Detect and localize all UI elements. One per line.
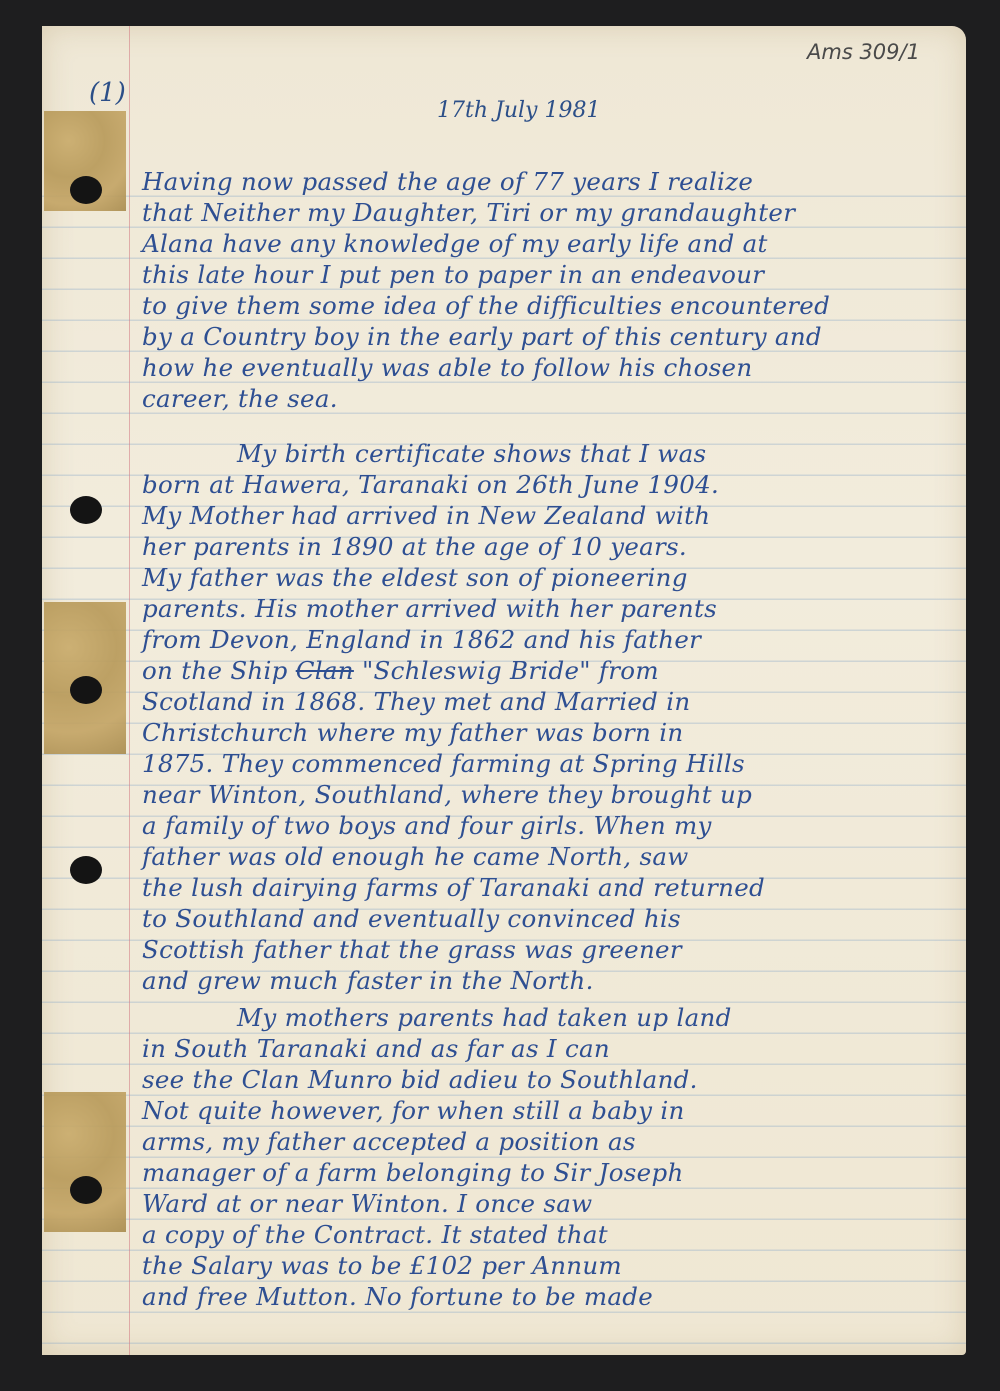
text-line: to Southland and eventually convinced hi… xyxy=(142,903,948,934)
date-heading: 17th July 1981 xyxy=(437,98,600,123)
text-line: that Neither my Daughter, Tiri or my gra… xyxy=(142,197,948,228)
text-line: see the Clan Munro bid adieu to Southlan… xyxy=(142,1064,948,1095)
text-line: Not quite however, for when still a baby… xyxy=(142,1095,948,1126)
text-line: 1875. They commenced farming at Spring H… xyxy=(142,748,948,779)
text-line: father was old enough he came North, saw xyxy=(142,841,948,872)
punch-hole-2 xyxy=(70,496,102,524)
paragraph-1: Having now passed the age of 77 years I … xyxy=(142,166,948,414)
text-line: the Salary was to be £102 per Annum xyxy=(142,1250,948,1281)
text-line: Ward at or near Winton. I once saw xyxy=(142,1188,948,1219)
text-line: this late hour I put pen to paper in an … xyxy=(142,259,948,290)
catalog-number: Ams 309/1 xyxy=(807,40,920,64)
text-line: Christchurch where my father was born in xyxy=(142,717,948,748)
text-line: by a Country boy in the early part of th… xyxy=(142,321,948,352)
text-line: in South Taranaki and as far as I can xyxy=(142,1033,948,1064)
text-line: on the Ship Clan "Schleswig Bride" from xyxy=(142,655,948,686)
struck-word: Clan xyxy=(296,656,354,685)
text-line: Alana have any knowledge of my early lif… xyxy=(142,228,948,259)
page-number: (1) xyxy=(89,78,126,108)
punch-hole-1 xyxy=(70,176,102,204)
punch-hole-3 xyxy=(70,676,102,704)
text-line: Scottish father that the grass was green… xyxy=(142,934,948,965)
text-line: arms, my father accepted a position as xyxy=(142,1126,948,1157)
tape-strip-bottom xyxy=(44,1092,126,1232)
text-line: from Devon, England in 1862 and his fath… xyxy=(142,624,948,655)
text-line: to give them some idea of the difficulti… xyxy=(142,290,948,321)
text-segment: on the Ship xyxy=(142,656,288,685)
text-line: Scotland in 1868. They met and Married i… xyxy=(142,686,948,717)
text-line: a family of two boys and four girls. Whe… xyxy=(142,810,948,841)
manuscript-page: Ams 309/1 (1) 17th July 1981 Having now … xyxy=(42,26,966,1355)
text-line: career, the sea. xyxy=(142,383,948,414)
punch-hole-4 xyxy=(70,856,102,884)
text-line: near Winton, Southland, where they broug… xyxy=(142,779,948,810)
paragraph-3: My mothers parents had taken up land in … xyxy=(142,1002,948,1312)
text-line: manager of a farm belonging to Sir Josep… xyxy=(142,1157,948,1188)
punch-hole-5 xyxy=(70,1176,102,1204)
text-line: her parents in 1890 at the age of 10 yea… xyxy=(142,531,948,562)
text-line: My mothers parents had taken up land xyxy=(142,1002,948,1033)
text-line: born at Hawera, Taranaki on 26th June 19… xyxy=(142,469,948,500)
text-line: Having now passed the age of 77 years I … xyxy=(142,166,948,197)
text-segment: "Schleswig Bride" from xyxy=(362,656,659,685)
paragraph-2: My birth certificate shows that I was bo… xyxy=(142,438,948,996)
text-line: how he eventually was able to follow his… xyxy=(142,352,948,383)
text-line: a copy of the Contract. It stated that xyxy=(142,1219,948,1250)
text-line: My father was the eldest son of pioneeri… xyxy=(142,562,948,593)
text-line: My Mother had arrived in New Zealand wit… xyxy=(142,500,948,531)
text-line: and free Mutton. No fortune to be made xyxy=(142,1281,948,1312)
margin-line xyxy=(129,26,130,1355)
text-line: and grew much faster in the North. xyxy=(142,965,948,996)
text-line: parents. His mother arrived with her par… xyxy=(142,593,948,624)
text-line: My birth certificate shows that I was xyxy=(142,438,948,469)
text-line: the lush dairying farms of Taranaki and … xyxy=(142,872,948,903)
